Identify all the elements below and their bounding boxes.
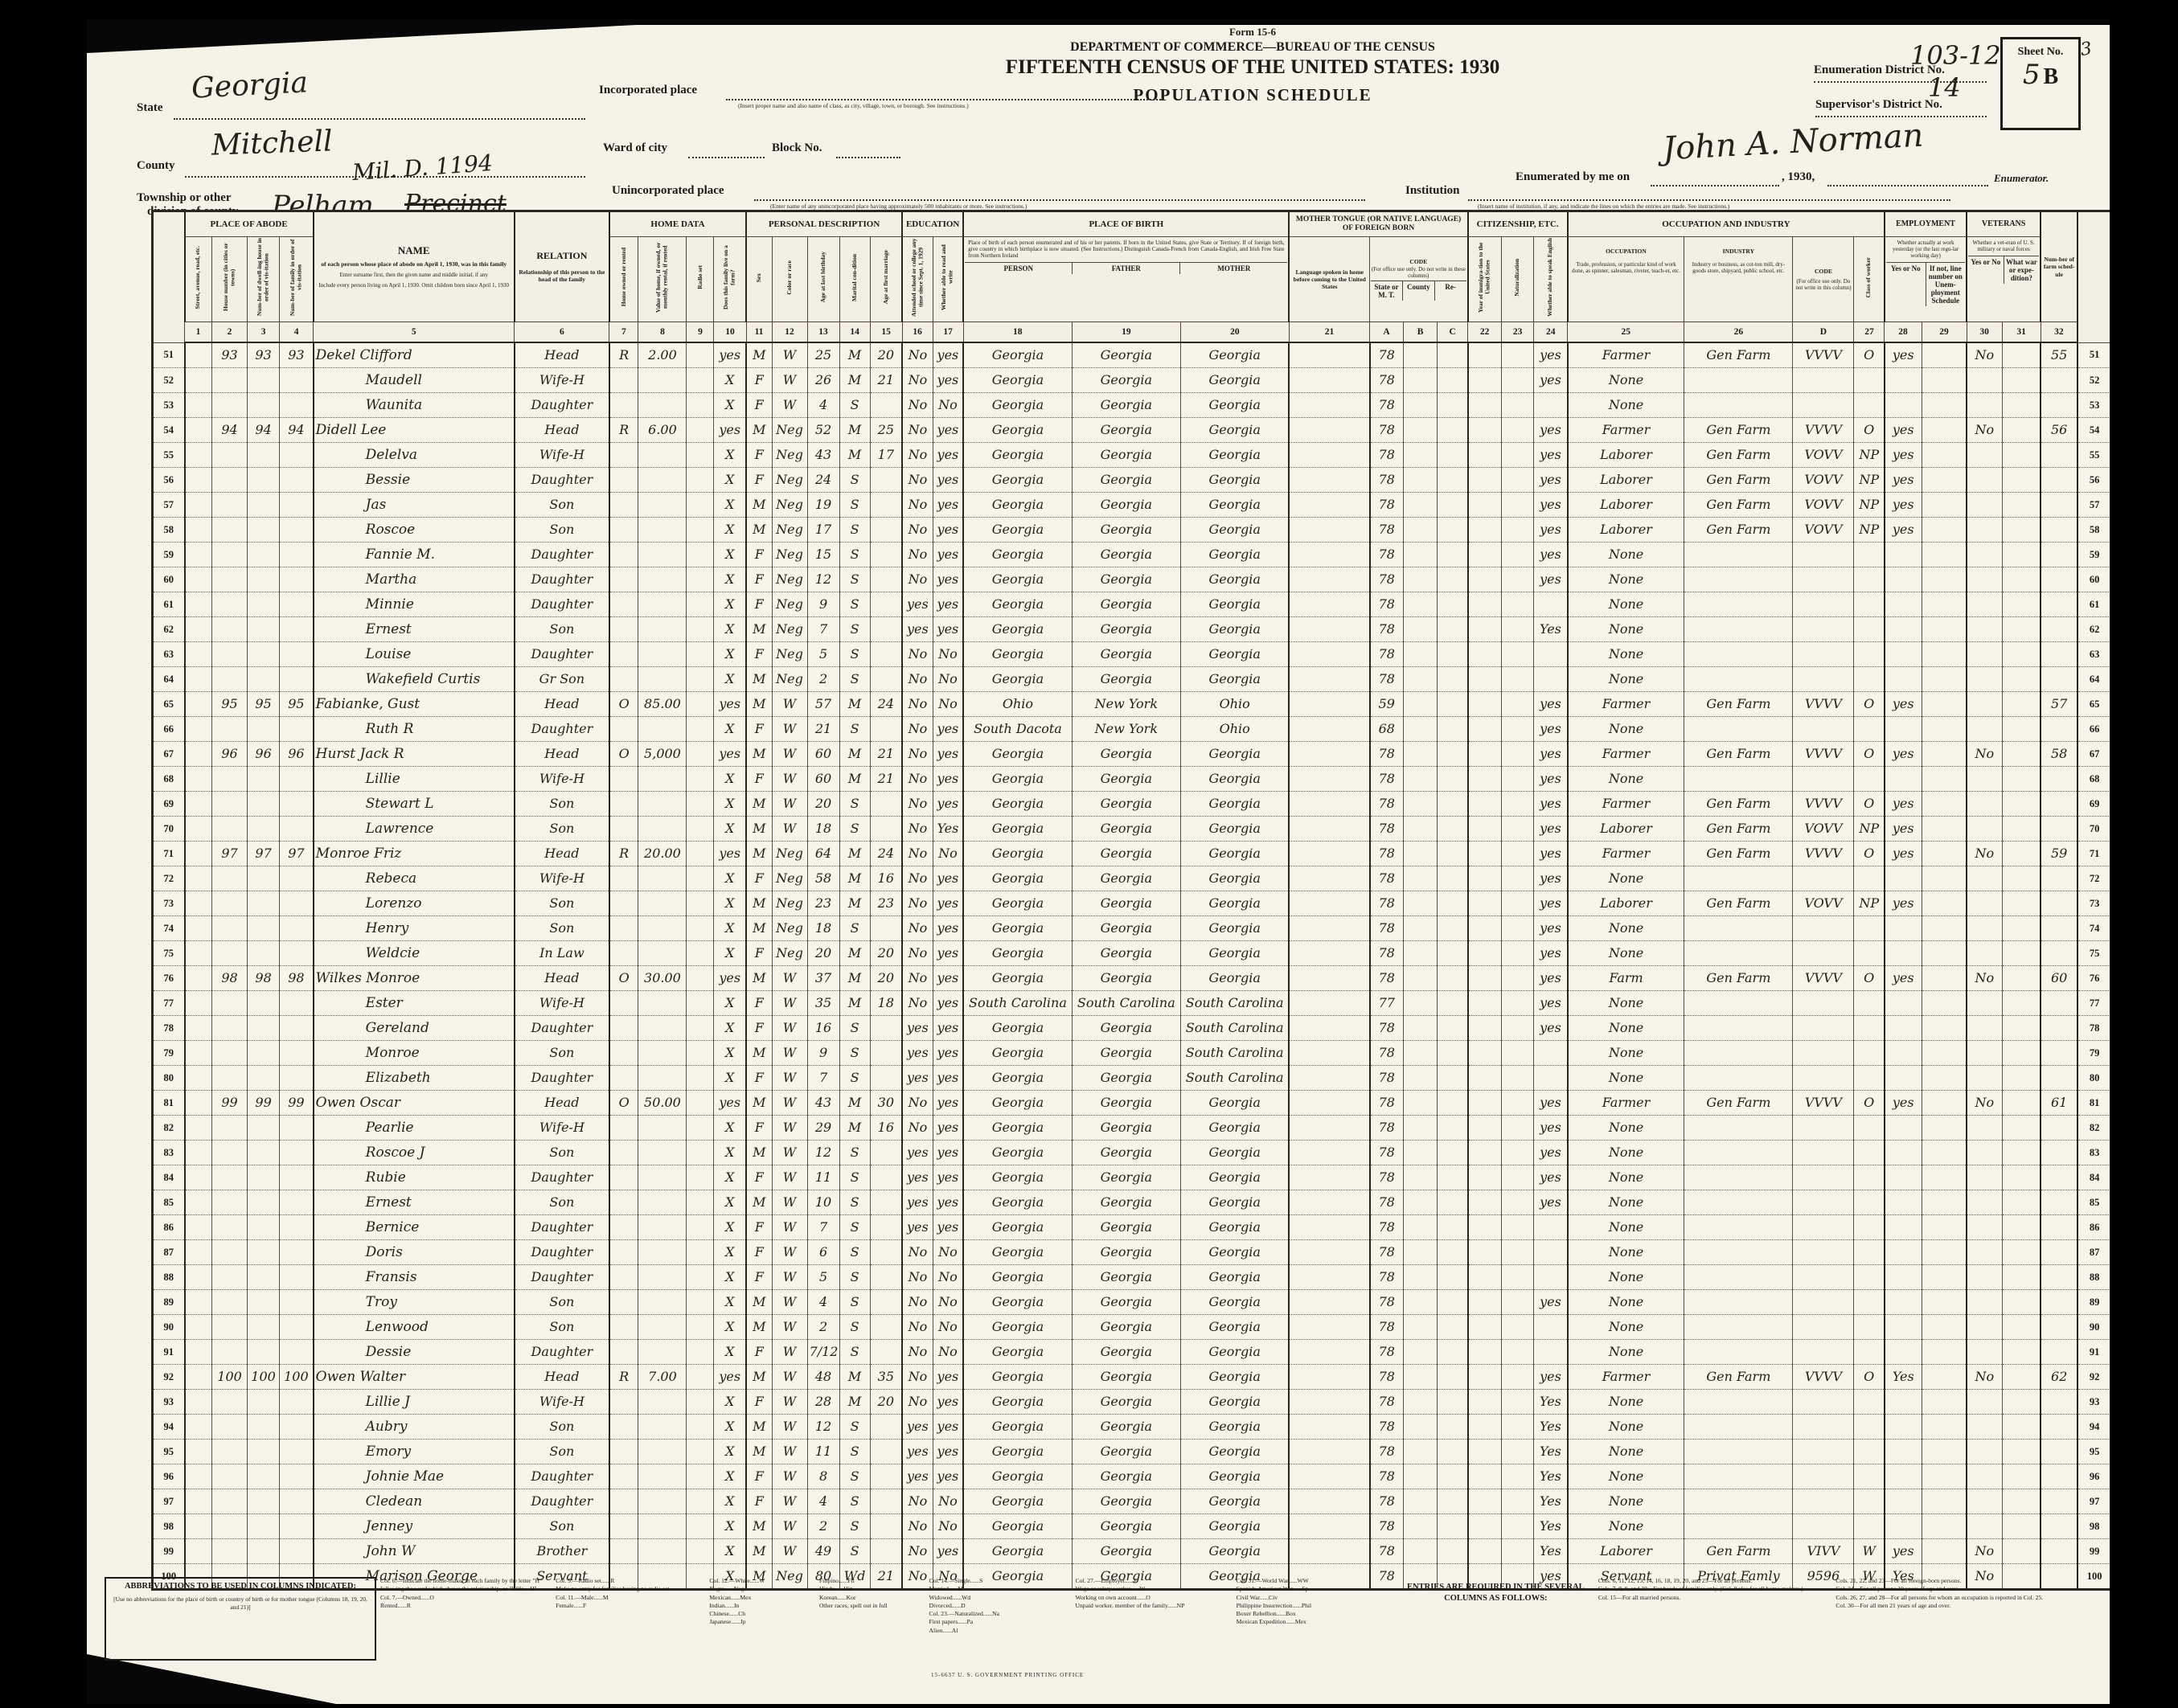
cell: Neg	[772, 866, 807, 891]
cell	[1885, 567, 1922, 592]
cell	[1404, 1215, 1438, 1240]
cell: No	[902, 368, 933, 393]
cell	[1289, 767, 1369, 792]
cell: 20	[870, 342, 902, 368]
cell	[2002, 518, 2041, 543]
cell: X	[714, 1066, 746, 1091]
cell: Farmer	[1568, 792, 1684, 817]
cell: yes	[902, 1165, 933, 1190]
cell	[1438, 1539, 1468, 1564]
cell	[1502, 592, 1534, 617]
cell: Georgia	[963, 792, 1072, 817]
line-number: 67	[2078, 742, 2110, 767]
cell: Georgia	[963, 468, 1072, 493]
cell: Head	[515, 1091, 609, 1116]
table-row: 61MinnieDaughterXFNeg9SyesyesGeorgiaGeor…	[153, 592, 2110, 617]
cell: Daughter	[515, 1489, 609, 1514]
cell	[248, 642, 280, 667]
cell: 96	[248, 742, 280, 767]
cell: None	[1568, 592, 1684, 617]
column-number: C	[1438, 322, 1468, 343]
cell	[1404, 1290, 1438, 1315]
cell: VOVV	[1793, 443, 1854, 468]
cell: No	[902, 842, 933, 866]
cell	[1289, 1165, 1369, 1190]
cell: X	[714, 592, 746, 617]
cell	[1885, 916, 1922, 941]
column-number: 7	[609, 322, 638, 343]
cell	[1684, 543, 1793, 567]
cell: 8	[807, 1464, 839, 1489]
line-number: 63	[153, 642, 185, 667]
cell	[687, 1489, 714, 1514]
cell	[185, 692, 212, 717]
cell: No	[902, 1489, 933, 1514]
cell: Georgia	[963, 1190, 1072, 1215]
cell	[1438, 1464, 1468, 1489]
cell	[1468, 567, 1502, 592]
cell	[185, 1016, 212, 1041]
cell: 37	[807, 966, 839, 991]
cell	[687, 966, 714, 991]
page-title: FIFTEENTH CENSUS OF THE UNITED STATES: 1…	[851, 56, 1655, 79]
cell	[1289, 1489, 1369, 1514]
cell: Son	[515, 1514, 609, 1539]
cell	[2041, 518, 2078, 543]
cell	[687, 792, 714, 817]
column-number: 5	[314, 322, 515, 343]
cell	[2041, 1340, 2078, 1365]
cell: None	[1568, 543, 1684, 567]
line-number: 53	[153, 393, 185, 418]
cell: yes	[1534, 817, 1568, 842]
cell: Georgia	[963, 592, 1072, 617]
cell	[185, 792, 212, 817]
cell	[1854, 1390, 1885, 1415]
cell	[1438, 842, 1468, 866]
line-number: 99	[2078, 1539, 2110, 1564]
cell: Neg	[772, 493, 807, 518]
cell: Georgia	[1072, 842, 1180, 866]
cell	[1793, 1464, 1854, 1489]
cell	[609, 1141, 638, 1165]
street-header: Street, avenue, road, etc.	[195, 246, 202, 309]
cell: X	[714, 1464, 746, 1489]
cell: Georgia	[963, 1141, 1072, 1165]
cell: yes	[1534, 692, 1568, 717]
cell: No	[902, 393, 933, 418]
cell: No	[1967, 1539, 2002, 1564]
cell: Head	[515, 742, 609, 767]
cell: 62	[2041, 1365, 2078, 1390]
cell: Head	[515, 1365, 609, 1390]
cell	[2002, 966, 2041, 991]
cell	[1404, 1315, 1438, 1340]
cell	[1438, 742, 1468, 767]
cell	[1404, 418, 1438, 443]
unincorporated-place-label: Unincorporated place	[612, 184, 724, 198]
cell	[248, 368, 280, 393]
cell: Georgia	[1180, 1116, 1289, 1141]
cell: O	[1854, 1365, 1885, 1390]
line-number: 89	[153, 1290, 185, 1315]
cell: None	[1568, 1290, 1684, 1315]
age-header: Age at last birthday	[820, 252, 827, 303]
line-number: 70	[153, 817, 185, 842]
cell: Lorenzo	[314, 891, 515, 916]
cell: yes	[1885, 842, 1922, 866]
cell	[638, 493, 687, 518]
cell	[1438, 1265, 1468, 1290]
cell: 78	[1370, 1464, 1404, 1489]
cell	[1404, 767, 1438, 792]
line-number: 98	[2078, 1514, 2110, 1539]
cell: M	[746, 1091, 772, 1116]
cell	[1502, 567, 1534, 592]
incorporated-place-label: Incorporated place	[599, 84, 697, 97]
cell: VOVV	[1793, 518, 1854, 543]
cell	[1438, 692, 1468, 717]
cell: yes	[1534, 1091, 1568, 1116]
cell	[2002, 418, 2041, 443]
cell: F	[746, 443, 772, 468]
cell: Weldcie	[314, 941, 515, 966]
cell: M	[839, 1390, 870, 1415]
cell: Daughter	[515, 393, 609, 418]
cell: W	[772, 792, 807, 817]
cell: M	[746, 1041, 772, 1066]
cell: South Carolina	[963, 991, 1072, 1016]
cell: yes	[1534, 1016, 1568, 1041]
cell	[1289, 1091, 1369, 1116]
cell	[638, 1415, 687, 1440]
line-number: 58	[2078, 518, 2110, 543]
cell	[1404, 1066, 1438, 1091]
cell	[638, 1165, 687, 1190]
cell	[609, 1340, 638, 1365]
cell	[1404, 941, 1438, 966]
cell	[1438, 1016, 1468, 1041]
cell: yes	[933, 468, 963, 493]
cell: No	[902, 518, 933, 543]
cell	[280, 1016, 314, 1041]
cell: None	[1568, 1066, 1684, 1091]
cell	[1438, 792, 1468, 817]
cell	[1922, 1539, 1967, 1564]
printing-office-imprint: 15-6637 U. S. GOVERNMENT PRINTING OFFICE	[931, 1672, 1084, 1678]
name-desc3: Include every person living on April 1, …	[315, 282, 513, 289]
cell: 18	[807, 916, 839, 941]
abbrev-col-2: Col. 9.—Radio set......R Make no entry f…	[556, 1577, 698, 1610]
cell: yes	[714, 1091, 746, 1116]
cell	[185, 518, 212, 543]
cell	[687, 842, 714, 866]
cell	[1967, 792, 2002, 817]
cell	[2002, 692, 2041, 717]
cell: M	[839, 443, 870, 468]
cell	[1684, 1066, 1793, 1091]
cell: 57	[807, 692, 839, 717]
cell: Georgia	[963, 518, 1072, 543]
cell: W	[772, 742, 807, 767]
line-number: 75	[2078, 941, 2110, 966]
table-row: 95EmorySonXMW11SyesyesGeorgiaGeorgiaGeor…	[153, 1440, 2110, 1464]
table-row: 55DelelvaWife-HXFNeg43M17NoyesGeorgiaGeo…	[153, 443, 2110, 468]
cell: 20.00	[638, 842, 687, 866]
cell	[280, 1464, 314, 1489]
cell	[687, 991, 714, 1016]
cell: S	[839, 1016, 870, 1041]
cell: Louise	[314, 642, 515, 667]
cell	[185, 1390, 212, 1415]
code-c-header: Re-	[1434, 281, 1466, 301]
cell	[687, 742, 714, 767]
cell: 49	[807, 1539, 839, 1564]
cell: 7	[807, 617, 839, 642]
cell: 78	[1370, 817, 1404, 842]
cell: Georgia	[1180, 518, 1289, 543]
cell	[1468, 418, 1502, 443]
cell: 50.00	[638, 1091, 687, 1116]
group-occupation-industry: OCCUPATION AND INDUSTRY	[1568, 211, 1885, 237]
cell	[1967, 1514, 2002, 1539]
cell	[1404, 1464, 1438, 1489]
cell: Gen Farm	[1684, 891, 1793, 916]
line-number: 93	[2078, 1390, 2110, 1415]
cell: Brother	[515, 1539, 609, 1564]
census-form-page: Form 15-6 DEPARTMENT OF COMMERCE—BUREAU …	[87, 19, 2110, 1704]
cell: 78	[1370, 493, 1404, 518]
cell	[1289, 792, 1369, 817]
cell	[1922, 767, 1967, 792]
cell: NP	[1854, 518, 1885, 543]
cell: Georgia	[1180, 368, 1289, 393]
cell: Gen Farm	[1684, 342, 1793, 368]
cell: Georgia	[1180, 418, 1289, 443]
cell	[1684, 1514, 1793, 1539]
cell	[1967, 1041, 2002, 1066]
cell: Farmer	[1568, 1365, 1684, 1390]
cell	[1922, 1091, 1967, 1116]
cell: F	[746, 1489, 772, 1514]
cell	[1289, 1116, 1369, 1141]
speak-english-header: Whether able to speak English	[1547, 238, 1554, 317]
cell: No	[902, 667, 933, 692]
cell: No	[933, 842, 963, 866]
cell	[1793, 567, 1854, 592]
cell: No	[902, 817, 933, 842]
line-number: 89	[2078, 1290, 2110, 1315]
cell: Aubry	[314, 1415, 515, 1440]
cell: yes	[1885, 1091, 1922, 1116]
cell	[1534, 1066, 1568, 1091]
cell	[1854, 1514, 1885, 1539]
cell	[1967, 1190, 2002, 1215]
cell: Farmer	[1568, 842, 1684, 866]
table-row: 78GerelandDaughterXFW16SyesyesGeorgiaGeo…	[153, 1016, 2110, 1041]
cell	[1854, 1066, 1885, 1091]
cell: W	[772, 1215, 807, 1240]
cell	[638, 991, 687, 1016]
abbrev-col-7: Col. 31.—World War......WW Spanish-Ameri…	[1237, 1577, 1393, 1627]
cell	[687, 941, 714, 966]
cell: Georgia	[1072, 393, 1180, 418]
cell: 78	[1370, 418, 1404, 443]
line-number: 54	[2078, 418, 2110, 443]
cell: Georgia	[1072, 1514, 1180, 1539]
cell: S	[839, 642, 870, 667]
cell	[609, 941, 638, 966]
cell	[1468, 1091, 1502, 1116]
line-number: 52	[2078, 368, 2110, 393]
cell: Neg	[772, 642, 807, 667]
line-number: 64	[2078, 667, 2110, 692]
county-label: County	[137, 159, 175, 173]
cell: No	[902, 1365, 933, 1390]
cell: O	[1854, 692, 1885, 717]
cell: No	[933, 1290, 963, 1315]
cell	[212, 617, 248, 642]
cell	[638, 916, 687, 941]
cell	[248, 468, 280, 493]
column-language: Language spoken in home before coming to…	[1289, 237, 1369, 322]
cell	[687, 1215, 714, 1240]
cell: Son	[515, 792, 609, 817]
cell	[280, 1315, 314, 1340]
cell	[1534, 667, 1568, 692]
cell	[1684, 1340, 1793, 1365]
cell: Georgia	[1072, 1116, 1180, 1141]
column-number: 24	[1534, 322, 1568, 343]
cell	[870, 592, 902, 617]
cell: None	[1568, 941, 1684, 966]
cell: Georgia	[1072, 1041, 1180, 1066]
cell: Owen Walter	[314, 1365, 515, 1390]
cell: 48	[807, 1365, 839, 1390]
cell: F	[746, 1240, 772, 1265]
cell: Georgia	[963, 866, 1072, 891]
cell	[1922, 617, 1967, 642]
cell	[1885, 941, 1922, 966]
cell	[248, 941, 280, 966]
cell	[1854, 1240, 1885, 1265]
cell	[1404, 1141, 1438, 1165]
cell: Georgia	[1072, 1539, 1180, 1564]
cell	[1289, 667, 1369, 692]
column-number: 12	[772, 322, 807, 343]
cell	[1684, 1390, 1793, 1415]
cell: Georgia	[963, 941, 1072, 966]
cell	[1922, 368, 1967, 393]
cell: 100	[280, 1365, 314, 1390]
cell: R	[609, 842, 638, 866]
cell	[1438, 1315, 1468, 1340]
cell	[1885, 393, 1922, 418]
cell	[1289, 1340, 1369, 1365]
cell	[1502, 866, 1534, 891]
cell	[1967, 1066, 2002, 1091]
cell	[1468, 617, 1502, 642]
cell	[1684, 991, 1793, 1016]
cell	[2002, 1340, 2041, 1365]
cell: 78	[1370, 1489, 1404, 1514]
line-number: 94	[2078, 1415, 2110, 1440]
cell	[1793, 1165, 1854, 1190]
cell: X	[714, 1340, 746, 1365]
cell: None	[1568, 767, 1684, 792]
cell	[638, 717, 687, 742]
cell	[870, 393, 902, 418]
cell: None	[1568, 1315, 1684, 1340]
cell	[609, 617, 638, 642]
cell: S	[839, 543, 870, 567]
cell	[1468, 1116, 1502, 1141]
cell	[1404, 1489, 1438, 1514]
cell	[1438, 891, 1468, 916]
cell	[2002, 468, 2041, 493]
cell	[185, 342, 212, 368]
cell	[2041, 642, 2078, 667]
cell	[1502, 1539, 1534, 1564]
cell	[1502, 493, 1534, 518]
cell	[1289, 742, 1369, 767]
cell: No	[902, 468, 933, 493]
cell	[1289, 1415, 1369, 1440]
cell	[638, 1190, 687, 1215]
cell	[280, 891, 314, 916]
relation-title: RELATION	[516, 251, 608, 262]
line-number: 82	[2078, 1116, 2110, 1141]
cell: 78	[1370, 1290, 1404, 1315]
cell: Georgia	[1072, 368, 1180, 393]
cell	[280, 1141, 314, 1165]
cell: yes	[933, 991, 963, 1016]
cell	[2041, 1190, 2078, 1215]
cell	[1438, 642, 1468, 667]
cell	[1684, 642, 1793, 667]
cell: Jas	[314, 493, 515, 518]
cell: Neg	[772, 468, 807, 493]
cell: No	[902, 792, 933, 817]
cell: F	[746, 1265, 772, 1290]
cell	[1922, 1265, 1967, 1290]
cell	[609, 1265, 638, 1290]
table-row: 83Roscoe JSonXMW12SyesyesGeorgiaGeorgiaG…	[153, 1141, 2110, 1165]
cell: yes	[902, 1464, 933, 1489]
cell	[280, 941, 314, 966]
cell	[638, 866, 687, 891]
cell	[1404, 792, 1438, 817]
cell	[1793, 1514, 1854, 1539]
cell	[185, 1464, 212, 1489]
cell: 5	[807, 642, 839, 667]
cell	[1967, 667, 2002, 692]
cell	[248, 866, 280, 891]
column-number: 19	[1072, 322, 1180, 343]
cell	[1468, 1514, 1502, 1539]
cell	[1854, 667, 1885, 692]
cell: 16	[807, 1016, 839, 1041]
cell: yes	[933, 567, 963, 592]
cell: 78	[1370, 792, 1404, 817]
cell	[185, 543, 212, 567]
code-columns: CODE (For office use only. Do not write …	[1370, 237, 1468, 322]
cell: Neg	[772, 941, 807, 966]
line-number: 93	[153, 1390, 185, 1415]
cell	[280, 1116, 314, 1141]
cell	[609, 468, 638, 493]
cell	[248, 1415, 280, 1440]
